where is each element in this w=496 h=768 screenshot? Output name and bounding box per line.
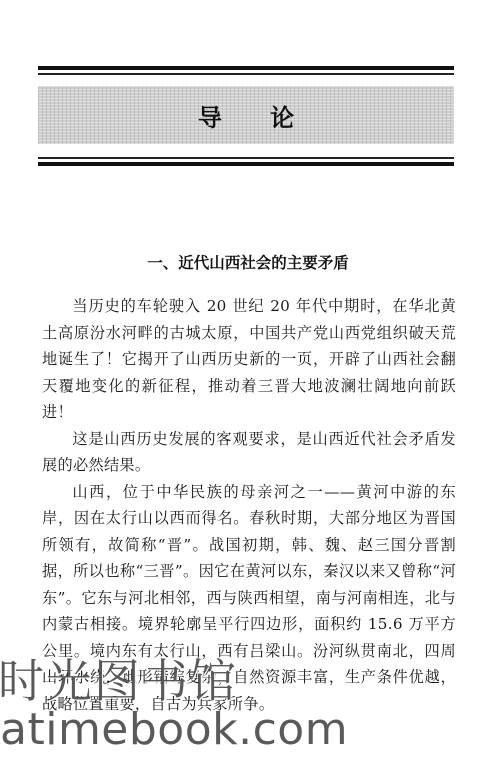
chapter-title: 导 论 (178, 98, 314, 133)
watermark-url: atimebook.com (0, 708, 348, 752)
section-heading: 一、近代山西社会的主要矛盾 (0, 251, 496, 273)
header-rule-top-thick (38, 66, 454, 70)
header-rule-bottom-thick (38, 162, 454, 166)
chapter-banner: 导 论 (38, 86, 454, 144)
watermark-chinese: 时光图书馆 (0, 658, 238, 704)
header-rule-bottom-thin (38, 157, 454, 159)
paragraph: 这是山西历史发展的客观要求，是山西近代社会矛盾发展的必然结果。 (42, 426, 456, 479)
paragraph: 当历史的车轮驶入 20 世纪 20 年代中期时，在华北黄土高原汾水河畔的古城太原… (42, 293, 456, 426)
header-rule-top-thin (38, 73, 454, 75)
